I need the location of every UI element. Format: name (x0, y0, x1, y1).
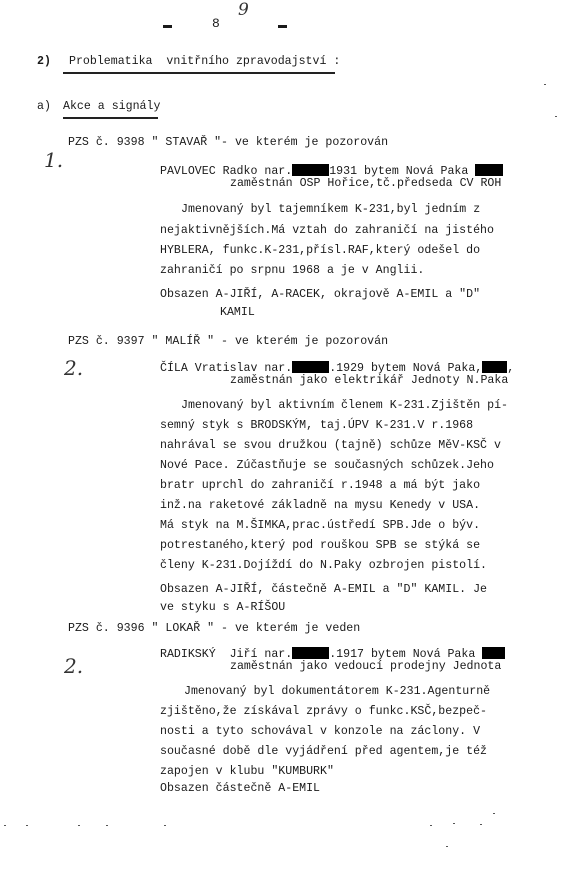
entry-header: PZS č. 9396 " LOKAŘ " - ve kterém je ved… (68, 623, 360, 635)
coverage-line: Obsazen částečně A-EMIL (160, 783, 320, 795)
handwritten-page-number: 9 (238, 2, 249, 19)
person-employment: zaměstnán jako vedoucí prodejny Jednota (230, 661, 501, 673)
body-line: zjištěno,že získával zprávy o funkc.KSČ,… (160, 706, 487, 718)
person-employment: zaměstnán jako elektrikář Jednoty N.Paka (230, 375, 508, 387)
redaction-box (475, 164, 503, 176)
body-line: inž.na raketové základně na mysu Kenedy … (160, 500, 480, 512)
person-line: ČÍLA Vratislav nar..1929 bytem Nová Paka… (160, 361, 514, 375)
body-line: nosti a tyto schovával v konzole na zácl… (160, 726, 480, 738)
entry-header: PZS č. 9398 " STAVAŘ "- ve kterém je poz… (68, 137, 388, 149)
body-line: Jmenovaný byl aktivním členem K-231.Zjiš… (181, 400, 508, 412)
subsection-label: a) (37, 101, 51, 113)
margin-note: 2. (64, 358, 83, 378)
body-line: Jmenovaný byl dokumentátorem K-231.Agent… (184, 686, 490, 698)
coverage-line: KAMIL (220, 307, 255, 319)
entry-header: PZS č. 9397 " MALÍŘ " - ve kterém je poz… (68, 336, 388, 348)
body-line: HYBLERA, funkc.K-231,přísl.RAF,který ode… (160, 245, 480, 257)
redaction-box (292, 647, 329, 659)
subsection-title-underline (63, 117, 158, 119)
body-line: zahraničí po srpnu 1968 a je v Anglii. (160, 265, 424, 277)
body-line: nahrával se svou družkou (tajně) schůze … (160, 440, 501, 452)
body-line: Nové Pace. Zúčastňuje se současných schů… (160, 460, 494, 472)
person-line: PAVLOVEC Radko nar.1931 bytem Nová Paka (160, 164, 503, 178)
dash-right (278, 25, 287, 28)
coverage-line: Obsazen A-JIŘÍ, částečně A-EMIL a "D" KA… (160, 584, 487, 596)
body-line: nejaktivnějších.Má vztah do zahraničí na… (160, 225, 494, 237)
body-line: Má styk na M.ŠIMKA,prac.ústředí SPB.Jde … (160, 520, 480, 532)
section-label: 2) (37, 56, 51, 68)
section-title-underline (63, 72, 335, 74)
redaction-box (292, 164, 329, 176)
margin-note: 2. (64, 656, 83, 676)
subsection-title: Akce a signály (63, 101, 160, 113)
redaction-box (482, 361, 507, 373)
page-number: 8 (212, 17, 220, 30)
body-line: semný styk s BRODSKÝM, taj.ÚPV K-231.V r… (160, 420, 473, 432)
body-line: bratr uprchl do zahraničí r.1948 a má bý… (160, 480, 480, 492)
dash-left (163, 25, 172, 28)
redaction-box (292, 361, 329, 373)
margin-note: 1. (44, 150, 63, 170)
section-title: Problematika vnitřního zpravodajství : (69, 56, 340, 68)
coverage-line: ve styku s A-RÍŠOU (160, 602, 285, 614)
coverage-line: Obsazen A-JIŘÍ, A-RACEK, okrajově A-EMIL… (160, 289, 480, 301)
redaction-box (482, 647, 505, 659)
body-line: zapojen v klubu "KUMBURK" (160, 766, 334, 778)
body-line: potrestaného,který pod rouškou SPB se st… (160, 540, 480, 552)
person-line: RADIKSKÝ Jiří nar..1917 bytem Nová Paka (160, 647, 505, 661)
person-employment: zaměstnán OSP Hořice,tč.předseda CV ROH (230, 178, 501, 190)
body-line: současné době dle vyjádření před agentem… (160, 746, 487, 758)
body-line: Jmenovaný byl tajemníkem K-231,byl jední… (181, 204, 480, 216)
body-line: členy K-231.Dojíždí do N.Paky ozbrojen p… (160, 560, 487, 572)
